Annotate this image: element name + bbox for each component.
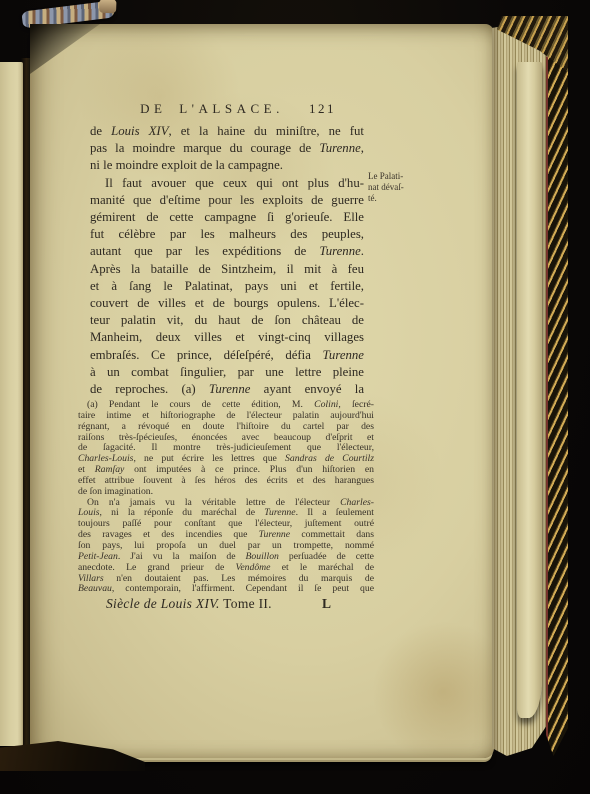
cover-board-edge (546, 56, 568, 756)
text-segment: toujours paſſé pour conſtant que l'élect… (78, 518, 374, 529)
running-header: DE L'ALSACE. 121 (90, 101, 364, 119)
text-segment: ni le moindre exploit de la campagne. (90, 158, 283, 172)
text-segment: Vendôme (236, 562, 271, 573)
text-segment: Ramſay (95, 464, 125, 475)
text-segment: . (361, 244, 364, 258)
text-segment: Siècle de Louis XIV. (106, 596, 220, 611)
margin-note-line: té. (368, 193, 422, 204)
text-segment: raiſons très-ſpécieuſes, énoncées avec b… (78, 432, 374, 443)
text-segment: et (78, 464, 95, 475)
text-line: de Louis XIV, et la haine du miniſtre, n… (90, 123, 364, 140)
margin-note-line: Le Palati- (368, 171, 422, 182)
volume-signature: Siècle de Louis XIV. Tome II. (106, 596, 272, 611)
text-segment: taire intime et hiſtoriographe de l'élec… (78, 410, 374, 421)
text-segment: , ni la réponſe du maréchal de (100, 507, 265, 518)
curled-page-edge (517, 62, 542, 718)
text-segment: Bouillon (246, 551, 279, 562)
text-segment: Beauvau (78, 583, 112, 594)
text-segment: des ravages et des incendies que (78, 529, 259, 540)
text-line: à un combat ſingulier, par une lettre pl… (90, 364, 364, 381)
text-segment: et à ſang le Palatinat, pays uni et fert… (90, 279, 364, 293)
text-segment: Louis XIV (111, 124, 168, 138)
text-segment: Après la bataille de Sintzheim, il mit à… (90, 262, 364, 276)
text-segment: couvert de villes et de bourgs opulens. … (90, 296, 364, 310)
text-segment: de ſagacité. Il montre très-judicieuſeme… (78, 442, 374, 453)
text-segment: Turenne (209, 382, 250, 396)
text-segment: On n'a jamais vu la véritable lettre de … (87, 497, 340, 508)
text-segment: Tome II. (220, 596, 272, 611)
text-segment: Turenne (323, 348, 364, 362)
text-segment: autant que par les expéditions de (90, 244, 319, 258)
book-scan-photo: DE L'ALSACE. 121 de Louis XIV, et la hai… (0, 0, 590, 794)
text-segment: anecdote. Le grand prieur de (78, 562, 236, 573)
text-line: teur palatin vit, du haut de ſon château… (90, 312, 364, 329)
text-segment: n'en doutaient pas. Les mémoires du marq… (104, 573, 374, 584)
text-segment: Turenne (264, 507, 295, 518)
page-footer: Siècle de Louis XIV. Tome II. L (90, 596, 364, 614)
text-segment: teur palatin vit, du haut de ſon château… (90, 313, 364, 327)
text-segment: Manheim, deux villes et vingt-cinq villa… (90, 330, 364, 344)
text-segment: Sandras de Courtilz (285, 453, 374, 464)
text-segment: Villars (78, 573, 104, 584)
text-segment: Il faut avouer que ceux qui ont plus d'h… (105, 176, 364, 190)
text-segment: et le maréchal de (270, 562, 374, 573)
text-line: Beauvau, contemporain, l'affirment. Cepe… (78, 584, 374, 595)
text-segment: effet attribue ſouvent à ſes héros des é… (78, 475, 374, 486)
text-line: Manheim, deux villes et vingt-cinq villa… (90, 329, 364, 346)
text-segment: de reproches. (a) (90, 382, 209, 396)
text-segment: Charles-Louis (78, 453, 133, 464)
text-segment: , contemporain, l'affirment. Cependant i… (112, 583, 374, 594)
text-segment: de (90, 124, 111, 138)
text-segment: ont imputées à ce prince. Plus d'un hiſt… (124, 464, 374, 475)
text-segment: Turenne (259, 529, 290, 540)
text-segment: Petit-Jean (78, 551, 118, 562)
text-segment: fut célèbre par les malheurs des peuples… (90, 227, 364, 241)
margin-note-line: nat dévaſ- (368, 182, 422, 193)
facing-page-edge (0, 62, 23, 746)
text-segment: (a) Pendant le cours de cette édition, M… (87, 399, 314, 410)
text-line: pas la moindre marque du courage de Ture… (90, 140, 364, 157)
text-segment: gémirent de cette campagne ſi g'orieuſe.… (90, 210, 364, 224)
text-line: Il faut avouer que ceux qui ont plus d'h… (90, 175, 364, 192)
book-page: DE L'ALSACE. 121 de Louis XIV, et la hai… (30, 24, 494, 758)
text-segment: , ſecré- (338, 399, 374, 410)
text-line: de reproches. (a) Turenne ayant envoyé l… (90, 381, 364, 398)
text-segment: , (361, 141, 364, 155)
text-segment: régnant, a révoqué en doute l'hiſtoire d… (78, 421, 374, 432)
text-line: manité que d'eſtime pour les exploits de… (90, 192, 364, 209)
text-segment: perſuadée de cette (279, 551, 374, 562)
signature-mark: L (322, 596, 332, 612)
text-line: et à ſang le Palatinat, pays uni et fert… (90, 278, 364, 295)
text-segment: . J'ai vu la maiſon de (118, 551, 246, 562)
text-line: gémirent de cette campagne ſi g'orieuſe.… (90, 209, 364, 226)
page-number: 121 (309, 101, 336, 117)
text-segment: ſon pays, lui propoſa un duel par un tro… (78, 540, 374, 551)
text-segment: manité que d'eſtime pour les exploits de… (90, 193, 364, 207)
text-segment: . Il a ſeulement (296, 507, 374, 518)
text-segment: , ne put écrire les lettres que (133, 453, 285, 464)
text-segment: pas la moindre marque du courage de (90, 141, 319, 155)
text-segment: Colini (314, 399, 338, 410)
text-segment: Turenne (319, 141, 360, 155)
text-segment: ayant envoyé la (250, 382, 364, 396)
chapter-title: DE L'ALSACE. (90, 101, 334, 117)
margin-note: Le Palati-nat dévaſ-té. (368, 171, 422, 203)
text-segment: Turenne (319, 244, 360, 258)
text-segment: Louis (78, 507, 100, 518)
text-segment: , et la haine du miniſtre, ne fut (169, 124, 364, 138)
text-segment: embraſés. Ce prince, déſeſpéré, défia (90, 348, 323, 362)
text-line: couvert de villes et de bourgs opulens. … (90, 295, 364, 312)
text-segment: Charles- (340, 497, 374, 508)
text-line: Après la bataille de Sintzheim, il mit à… (90, 261, 364, 278)
text-segment: à un combat ſingulier, par une lettre pl… (90, 365, 364, 379)
text-line: autant que par les expéditions de Turenn… (90, 243, 364, 260)
body-text: de Louis XIV, et la haine du miniſtre, n… (90, 123, 364, 398)
text-line: embraſés. Ce prince, déſeſpéré, défia Tu… (90, 347, 364, 364)
footnote-text: (a) Pendant le cours de cette édition, M… (78, 400, 374, 595)
text-line: ni le moindre exploit de la campagne. (90, 157, 364, 174)
text-line: fut célèbre par les malheurs des peuples… (90, 226, 364, 243)
text-segment: commettait dans (290, 529, 374, 540)
text-segment: de ſon imagination. (78, 486, 153, 497)
